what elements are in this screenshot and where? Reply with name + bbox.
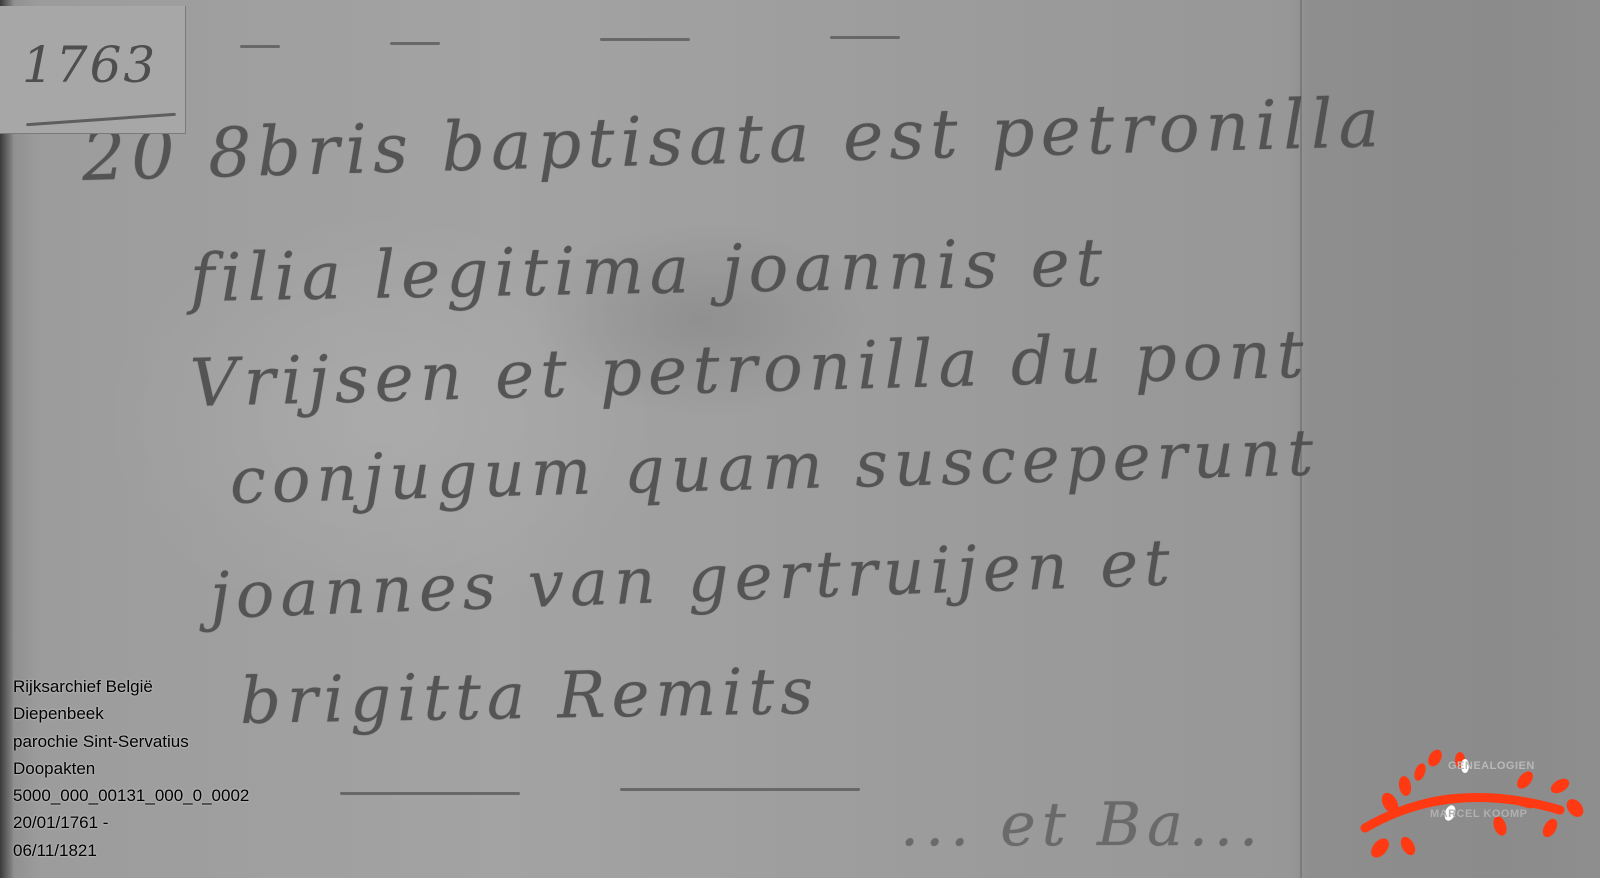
- handwritten-line-5: joannes van gertruijen et: [209, 526, 1177, 634]
- ink-stroke: [620, 788, 860, 791]
- caption-reference: 5000_000_00131_000_0_0002: [13, 782, 249, 809]
- ink-fragment: [830, 36, 900, 39]
- watermark-logo: GENEALOGIEN MARCEL KOOMP: [1360, 748, 1600, 878]
- year-inset: 1763: [0, 6, 186, 134]
- year-underline: [26, 113, 176, 126]
- handwritten-next-entry: ... et Ba...: [900, 790, 1264, 860]
- ink-stroke: [340, 792, 520, 795]
- caption-record-type: Doopakten: [13, 755, 249, 782]
- caption-archive: Rijksarchief België: [13, 673, 249, 700]
- ink-fragment: [600, 38, 690, 41]
- caption-municipality: Diepenbeek: [13, 700, 249, 727]
- handwritten-line-3: Vrijsen et petronilla du pont: [189, 316, 1310, 422]
- handwritten-line-1: 20 8bris baptisata est petronilla: [81, 84, 1386, 197]
- year-label: 1763: [22, 36, 157, 94]
- ink-fragment: [240, 45, 280, 48]
- ink-fragment: [390, 42, 440, 45]
- watermark-name-bottom: MARCEL KOOMP: [1430, 808, 1527, 820]
- handwritten-line-6: brigitta Remits: [239, 655, 819, 739]
- watermark-name-top: GENEALOGIEN: [1448, 760, 1535, 772]
- handwritten-line-2: filia legitima joannis et: [189, 224, 1108, 317]
- caption-date-end: 06/11/1821: [13, 837, 249, 864]
- caption-parish: parochie Sint-Servatius: [13, 728, 249, 755]
- caption-date-start: 20/01/1761 -: [13, 809, 249, 836]
- archive-caption: Rijksarchief België Diepenbeek parochie …: [13, 673, 249, 864]
- handwritten-line-4: conjugum quam susceperunt: [229, 416, 1320, 518]
